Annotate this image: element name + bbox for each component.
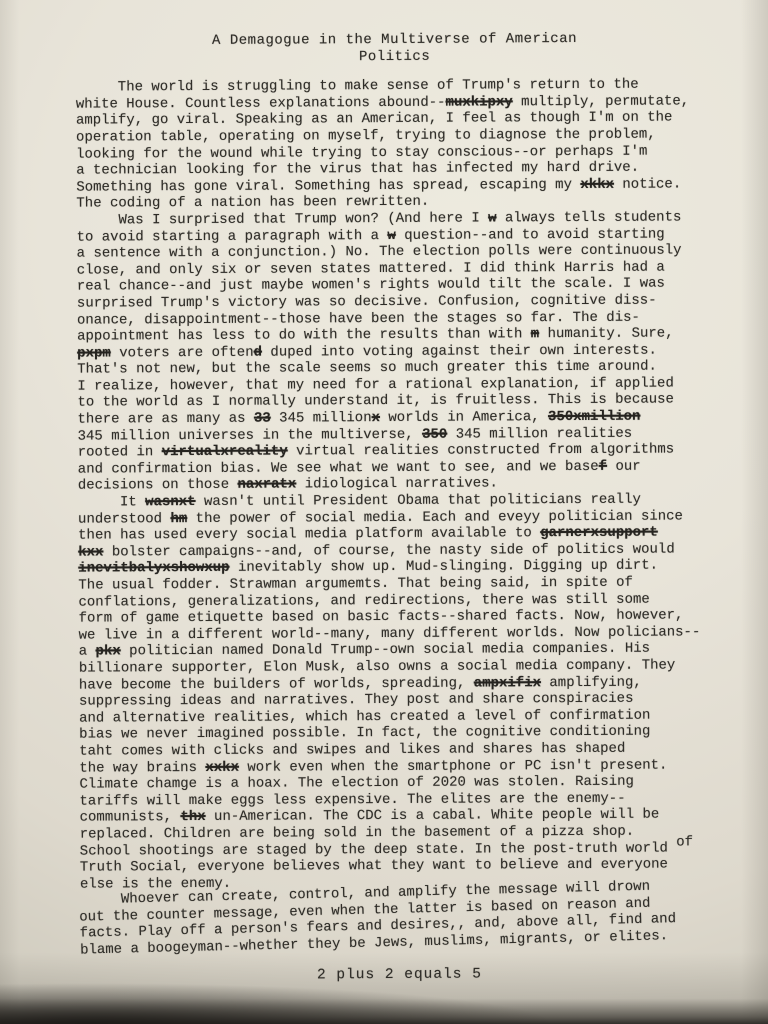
document-footer: 2 plus 2 equals 5 <box>80 965 718 985</box>
text-segment: question--and to avoid starting <box>396 226 665 243</box>
text-segment: multiply, permutate, <box>513 93 690 110</box>
text-segment: and confirmation bias. We see what we wa… <box>78 459 599 478</box>
text-segment: decisions on those <box>78 477 238 494</box>
text-segment: to avoid starting a paragraph with a <box>77 228 388 246</box>
text-segment: idiological narratives. <box>296 476 498 493</box>
text-segment: Truth Social, everyone believes what the… <box>80 857 668 876</box>
struck-text: 350xmillion <box>548 409 641 425</box>
paragraph: The world is struggling to make sense of… <box>76 76 715 212</box>
struck-text: xkkx <box>580 177 614 193</box>
struck-text: kxx <box>78 544 103 560</box>
text-segment: rooted in <box>78 444 162 460</box>
struck-text: wasnxt <box>145 494 196 510</box>
text-segment: notice. <box>614 176 681 192</box>
struck-text: inevitbalyxshowxup <box>78 560 229 577</box>
struck-text: thx <box>180 809 205 825</box>
document-body: The world is struggling to make sense of… <box>76 76 719 959</box>
struck-text: pxpm <box>77 345 111 361</box>
paragraph: Whoever can create, control, and amplify… <box>79 877 718 959</box>
struck-text: 350 <box>422 426 447 442</box>
text-segment: voters are often <box>111 344 254 361</box>
text-segment: appointment has less to do with the resu… <box>77 326 531 344</box>
paper-sheet: A Demagogue in the Multiverse of America… <box>0 0 768 1024</box>
struck-text: virtualxreality <box>162 444 288 461</box>
text-segment: always tells students <box>497 209 682 226</box>
text-segment: Something has gone viral. Something has … <box>76 177 580 196</box>
document-title: A Demagogue in the Multiverse of America… <box>75 30 713 67</box>
struck-text: naxratx <box>237 477 296 493</box>
text-segment: there are as many as <box>77 411 254 428</box>
text-segment: the way brains <box>79 759 205 776</box>
text-line: Truth Social, everyone believes what the… <box>80 856 718 876</box>
text-segment: It <box>78 494 145 510</box>
text-segment: a <box>79 644 96 660</box>
text-segment: virtual realities constructed from algor… <box>288 442 675 460</box>
text-segment: amplifying, <box>541 674 642 691</box>
struck-text: pkx <box>95 644 120 660</box>
struck-text: ampxifix <box>474 675 541 691</box>
text-segment: Was I surprised that Trump won? (And her… <box>76 210 488 228</box>
text-segment: 345 million universes in the multiverse, <box>78 426 423 444</box>
struck-text: garnerxsupport <box>540 525 658 542</box>
text-segment: communists, <box>80 809 181 826</box>
struck-text: 33 <box>254 411 271 427</box>
struck-text: m <box>531 326 539 342</box>
document-photo: { "colors": { "paper": "#e8e4d9", "ink":… <box>0 0 768 1024</box>
paragraph: It wasnxt wasn't until President Obama t… <box>78 491 718 893</box>
text-segment: humanity. Sure, <box>539 326 674 343</box>
text-segment: work even when the smartphone or PC isn'… <box>239 757 668 775</box>
struck-text: d <box>254 344 262 360</box>
struck-text: xxkx <box>205 759 239 775</box>
text-segment: have become the builders of worlds, spre… <box>79 675 474 693</box>
title-line-2: Politics <box>76 47 714 67</box>
text-segment: 345 million realities <box>447 425 632 442</box>
struck-text: muxkipxy <box>445 94 512 110</box>
struck-text: w <box>488 210 496 226</box>
text-segment: The coding of a nation has been rewritte… <box>76 194 429 212</box>
text-segment: wasn't until President Obama that politi… <box>196 492 641 510</box>
text-segment: inevitably show up. Mud-slinging. Diggin… <box>229 558 658 576</box>
text-segment: 345 million <box>271 410 372 427</box>
text-segment: un-American. The CDC is a cabal. White p… <box>206 807 660 825</box>
text-segment: white House. Countless explanations abou… <box>76 94 446 112</box>
text-segment: then has used every social media platfor… <box>78 525 540 543</box>
text-segment: duped into voting against their own inte… <box>262 342 657 360</box>
text-segment: politician named Donald Trump--own socia… <box>121 641 650 660</box>
text-segment: our <box>607 458 641 474</box>
text-segment: understood <box>78 511 171 527</box>
struck-text: hm <box>170 511 187 527</box>
text-segment: worlds in America, <box>380 409 548 426</box>
paragraph: Was I surprised that Trump won? (And her… <box>76 209 715 494</box>
raised-text: of <box>676 834 693 850</box>
